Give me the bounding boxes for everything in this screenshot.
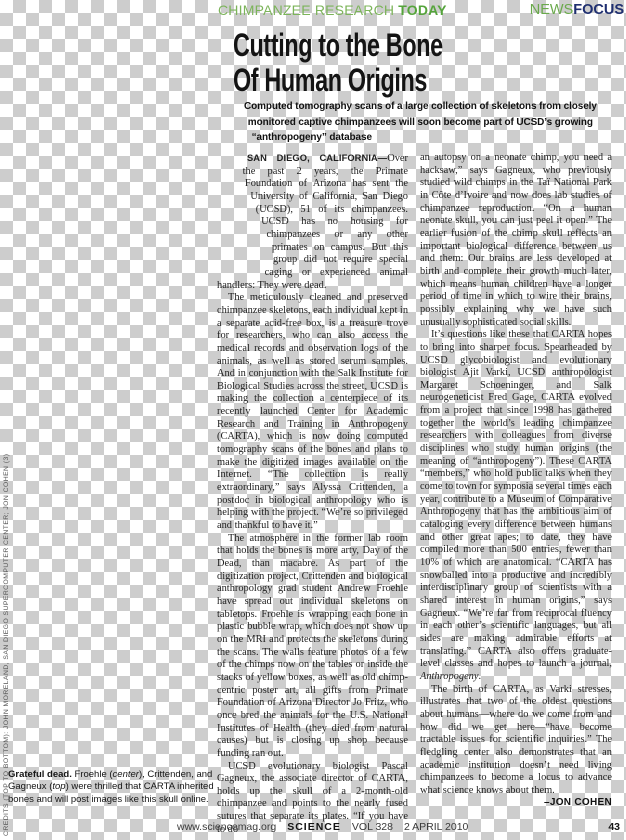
article-column-right: an autopsy on a neonate chimp, you need … [420,152,612,810]
footer-url: www.sciencemag.org [177,821,276,833]
footer-volume: VOL 328 [352,821,393,833]
headline-line-2: Of Human Origins [233,63,443,98]
author-byline: –JON COHEN [420,797,612,810]
body-paragraph: It’s questions like these that CARTA hop… [420,329,612,683]
body-paragraph: an autopsy on a neonate chimp, you need … [420,152,612,329]
section-kicker: CHIMPANZEE RESEARCHTODAY [218,2,447,18]
article-headline: Cutting to the Bone Of Human Origins [233,28,443,98]
article-deck: Computed tomography scans of a large col… [244,99,597,146]
footer-journal-name: SCIENCE [287,821,341,833]
article-column-left: SAN DIEGO, CALIFORNIA—Over the past 2 ye… [217,152,408,836]
newsfocus-brand: NEWSFOCUS [530,2,624,18]
photo-caption: Grateful dead. Froehle (center), Critten… [8,769,238,806]
body-paragraph: The meticulously cleaned and preserved c… [217,292,408,532]
page-footer: www.sciencemag.org SCIENCE VOL 328 2 APR… [177,821,468,833]
kicker-today-label: TODAY [398,2,446,18]
page-number: 43 [608,821,620,833]
brand-focus-label: FOCUS [573,2,624,18]
headline-line-1: Cutting to the Bone [233,28,443,63]
kicker-series-label: CHIMPANZEE RESEARCH [218,2,394,18]
deck-line-2: monitored captive chimpanzees will soon … [244,115,597,131]
body-paragraph: The birth of CARTA, as Varki stresses, i… [420,684,612,798]
deck-line-1: Computed tomography scans of a large col… [244,99,597,115]
footer-date: 2 APRIL 2010 [404,821,468,833]
photo-credits-vertical: CREDITS (TOP TO BOTTOM): JOHN MORELAND, … [3,454,10,836]
body-paragraph: The atmosphere in the former lab room th… [217,533,408,761]
deck-line-3: “anthropogeny” database [244,130,597,146]
magazine-page: CHIMPANZEE RESEARCHTODAY NEWSFOCUS Cutti… [0,0,626,840]
brand-news-label: NEWS [530,2,574,18]
